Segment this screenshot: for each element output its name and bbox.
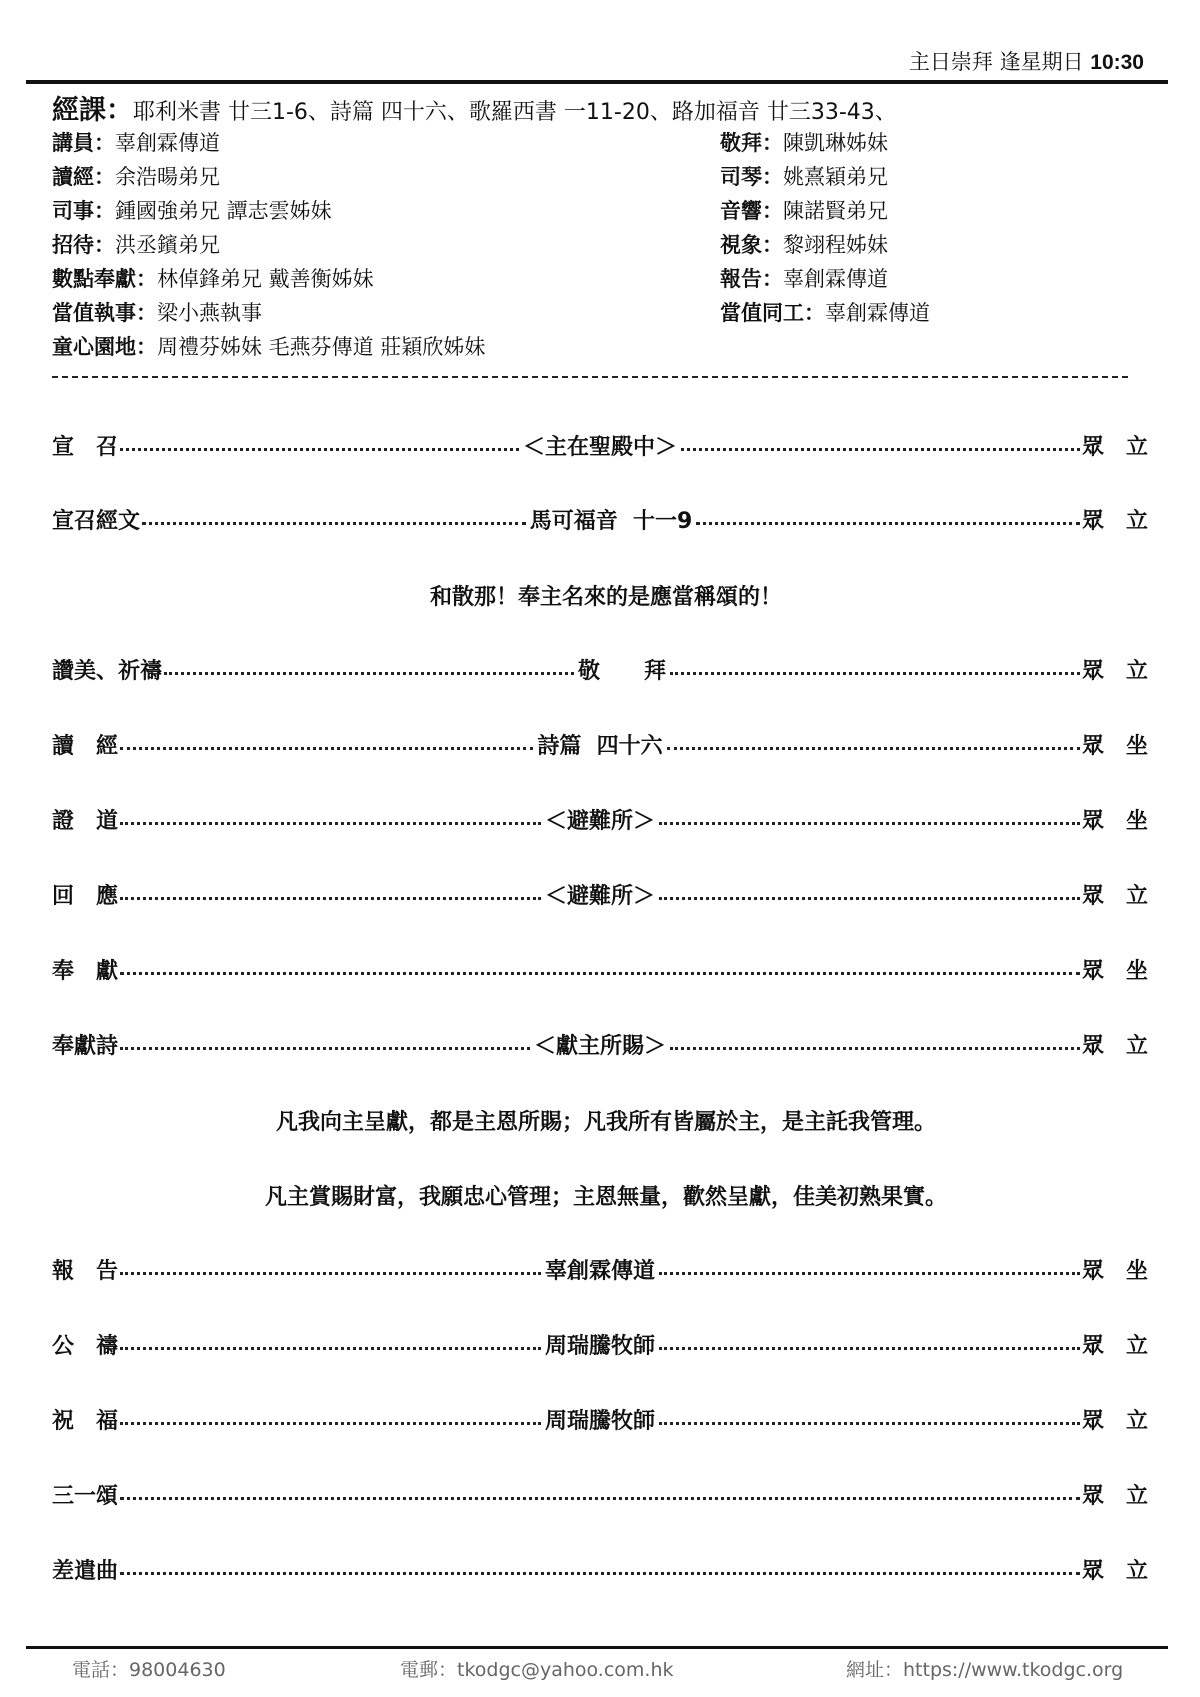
role-pianist: 司琴：姚熹穎弟兄 <box>720 160 930 194</box>
dot-leader <box>667 747 1080 750</box>
dot-leader <box>696 522 1080 525</box>
order-row-announcements: 報 告 辜創霖傳道 眾 坐 <box>52 1252 1160 1286</box>
dot-leader <box>659 1422 1080 1425</box>
dot-leader <box>659 1272 1080 1275</box>
dot-leader <box>120 747 533 750</box>
dot-leader <box>120 1272 541 1275</box>
dot-leader <box>120 897 541 900</box>
dot-leader <box>120 1047 530 1050</box>
role-worship-leader: 敬拜：陳凱琳姊妹 <box>720 126 930 160</box>
order-row-benediction: 祝 福 周瑞騰牧師 眾 立 <box>52 1402 1160 1436</box>
dot-leader <box>120 972 1080 975</box>
role-announcements: 報告：辜創霖傳道 <box>720 262 930 296</box>
role-sound: 音響：陳諾賢弟兄 <box>720 194 930 228</box>
role-staff-on-duty: 當值同工：辜創霖傳道 <box>720 296 930 330</box>
order-row-response: 回 應 ＜避難所＞ 眾 立 <box>52 877 1160 911</box>
dot-leader <box>120 1347 541 1350</box>
role-children-corner: 童心園地：周禮芬姊妹 毛燕芬傳道 莊穎欣姊妹 <box>52 330 485 364</box>
roles-left: 講員：辜創霖傳道 讀經：余浩暘弟兄 司事：鍾國強弟兄 譚志雲姊妹 招待：洪丞鑌弟… <box>52 126 485 364</box>
dot-leader <box>142 522 526 525</box>
role-reception: 招待：洪丞鑌弟兄 <box>52 228 485 262</box>
role-deacon-on-duty: 當值執事：梁小燕執事 <box>52 296 485 330</box>
dot-leader <box>120 448 519 451</box>
dot-leader <box>164 672 574 675</box>
dashed-divider <box>52 376 1128 378</box>
role-ushers: 司事：鍾國強弟兄 譚志雲姊妹 <box>52 194 485 228</box>
dot-leader <box>120 822 541 825</box>
lectionary: 經課：耶利米書 廿三1-6、詩篇 四十六、歌羅西書 一11-20、路加福音 廿三… <box>52 88 897 127</box>
top-rule <box>26 80 1168 84</box>
lectionary-readings: 耶利米書 廿三1-6、詩篇 四十六、歌羅西書 一11-20、路加福音 廿三33-… <box>133 100 897 125</box>
role-speaker: 講員：辜創霖傳道 <box>52 126 485 160</box>
dot-leader <box>659 897 1080 900</box>
order-row-offering: 奉 獻 眾 坐 <box>52 952 1160 986</box>
role-offering-count: 數點奉獻：林倬鋒弟兄 戴善衡姊妹 <box>52 262 485 296</box>
bottom-rule <box>26 1646 1168 1649</box>
role-scripture-reader: 讀經：余浩暘弟兄 <box>52 160 485 194</box>
order-row-praise-prayer: 讚美、祈禱 敬 拜 眾 立 <box>52 652 1160 686</box>
dot-leader <box>670 1047 1080 1050</box>
roles-right: 敬拜：陳凱琳姊妹 司琴：姚熹穎弟兄 音響：陳諾賢弟兄 視象：黎翊程姊妹 報告：辜… <box>720 126 930 330</box>
order-row-call-scripture: 宣召經文 馬可福音 十一9 眾 立 <box>52 502 1160 536</box>
dot-leader <box>120 1572 1080 1575</box>
offering-lyrics-line-2: 凡主賞賜財富，我願忠心管理；主恩無量，歡然呈獻，佳美初熟果實。 <box>52 1180 1160 1211</box>
dot-leader <box>120 1422 541 1425</box>
order-row-offering-hymn: 奉獻詩 ＜獻主所賜＞ 眾 立 <box>52 1027 1160 1061</box>
dot-leader <box>659 822 1080 825</box>
role-visual: 視象：黎翊程姊妹 <box>720 228 930 262</box>
order-row-sermon: 證 道 ＜避難所＞ 眾 坐 <box>52 802 1160 836</box>
order-row-sending-hymn: 差遣曲 眾 立 <box>52 1552 1160 1586</box>
order-row-scripture-reading: 讀 經 詩篇 四十六 眾 坐 <box>52 727 1160 761</box>
lectionary-label: 經課： <box>52 95 133 126</box>
order-row-call-to-worship: 宣 召 ＜主在聖殿中＞ 眾 立 <box>52 428 1160 462</box>
offering-lyrics-line-1: 凡我向主呈獻，都是主恩所賜；凡我所有皆屬於主，是主託我管理。 <box>52 1105 1160 1136</box>
dot-leader <box>659 1347 1080 1350</box>
footer-email[interactable]: 電郵：tkodgc@yahoo.com.hk <box>400 1655 674 1682</box>
dot-leader <box>120 1497 1080 1500</box>
order-row-doxology: 三一頌 眾 立 <box>52 1477 1160 1511</box>
dot-leader <box>681 448 1080 451</box>
dot-leader <box>670 672 1080 675</box>
order-row-pastoral-prayer: 公 禱 周瑞騰牧師 眾 立 <box>52 1327 1160 1361</box>
service-time: 10:30 <box>1090 51 1144 74</box>
call-response-line: 和散那！奉主名來的是應當稱頌的！ <box>52 580 1160 611</box>
service-title: 主日崇拜 逢星期日 10:30 <box>909 46 1144 76</box>
footer-website[interactable]: 網址：https://www.tkodgc.org <box>846 1655 1123 1682</box>
service-name: 主日崇拜 逢星期日 <box>909 50 1084 74</box>
footer-phone: 電話：98004630 <box>72 1655 226 1682</box>
